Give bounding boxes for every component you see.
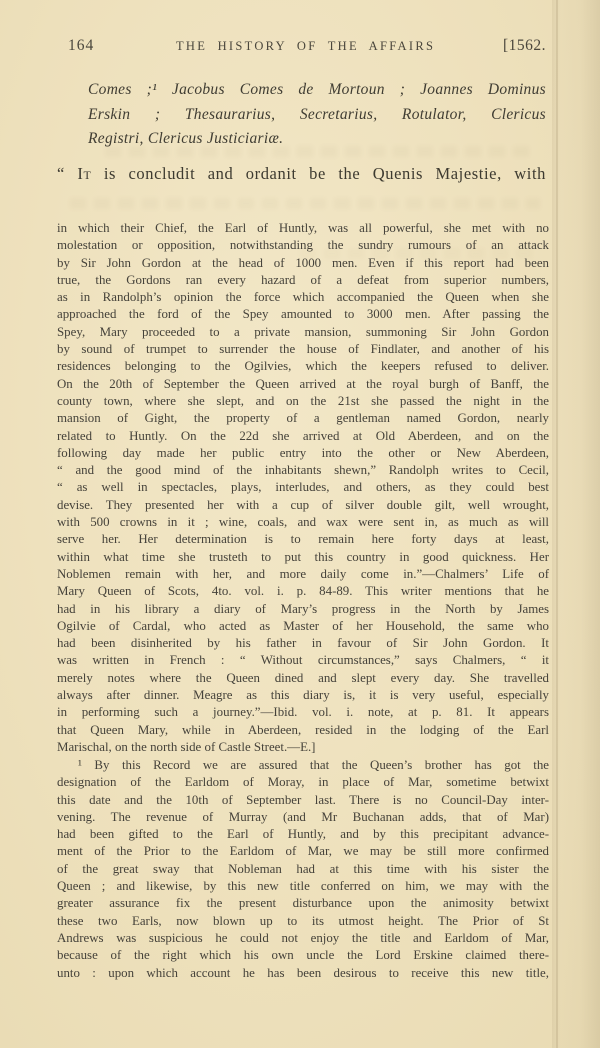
text-line: of the great sway that Nobleman had at t… — [57, 861, 549, 878]
text-line: unto : upon which account he has been de… — [57, 965, 549, 982]
ink-showthrough-smudge — [70, 198, 540, 209]
text-line: this date and the 10th of September last… — [57, 792, 549, 809]
text-line: On the 20th of September the Queen arriv… — [57, 376, 549, 393]
text-line: Ogilvie of Cardal, who acted as Master o… — [57, 618, 549, 635]
page-header: 164 THE HISTORY OF THE AFFAIRS [1562. — [57, 37, 546, 55]
text-line: ment of the Prior to the Earldom of Mar,… — [57, 843, 549, 860]
proclamation-rest: is concludit and ordanit be the Quenis M… — [104, 164, 546, 183]
text-line: following day made her public entry into… — [57, 445, 549, 462]
text-line: ¹ By this Record we are assured that the… — [57, 757, 549, 774]
text-line: “ and the good mind of the inhabitants s… — [57, 462, 549, 479]
text-line: always after dinner. Meagre as this diar… — [57, 687, 549, 704]
text-line: merely notes where the Queen dined and s… — [57, 670, 549, 687]
text-line: Mary Queen of Scots, 4to. vol. i. p. 84-… — [57, 583, 549, 600]
text-line: by sound of trumpet to surrender the hou… — [57, 341, 549, 358]
text-line: “ as well in spectacles, plays, interlud… — [57, 479, 549, 496]
text-line: residences belonging to the Ogilvies, wh… — [57, 358, 549, 375]
text-line: had been gifted to the Earl of Huntly, a… — [57, 826, 549, 843]
text-line: Comes ;¹ Jacobus Comes de Mortoun ; Joan… — [88, 78, 546, 103]
text-line: with 500 crowns in it ; wine, coals, and… — [57, 514, 549, 531]
text-line: Marischal, on the north side of Castle S… — [57, 739, 549, 756]
text-line: Queen ; and likewise, by this new title … — [57, 878, 549, 895]
text-line: approached the ford of the Spey amounted… — [57, 306, 549, 323]
text-line: as in Randolph’s opinion the force which… — [57, 289, 549, 306]
text-line: that Queen Mary, while in Aberdeen, resi… — [57, 722, 549, 739]
proclamation-opening-line: “ It is concludit and ordanit be the Que… — [57, 163, 546, 184]
text-line: designation of the Earldom of Moray, in … — [57, 774, 549, 791]
text-line: related to Huntly. On the 22d she arrive… — [57, 428, 549, 445]
text-line: molestation or opposition, notwithstandi… — [57, 237, 549, 254]
text-line: county town, where she slept, and on the… — [57, 393, 549, 410]
footnote-paragraph: ¹ By this Record we are assured that the… — [57, 757, 549, 982]
text-line: by Sir John Gordon at the head of 1000 m… — [57, 255, 549, 272]
text-line: vening. The revenue of Murray (and Mr Bu… — [57, 809, 549, 826]
text-line: serve her. Her determination is to remai… — [57, 531, 549, 548]
text-line: because of the right which his own uncle… — [57, 947, 549, 964]
page-edge-shadow — [552, 0, 600, 1048]
proclamation-first-word: “ It — [57, 164, 91, 183]
text-line: devise. They presented her with a cup of… — [57, 497, 549, 514]
text-line: Registri, Clericus Justiciariæ. — [88, 127, 546, 152]
editorial-note-paragraph: in which their Chief, the Earl of Huntly… — [57, 220, 549, 756]
text-line: Andrews was suspicious he could not enjo… — [57, 930, 549, 947]
text-line: true, the Gordons ran every hazard of a … — [57, 272, 549, 289]
text-line: had in his library a diary of Mary’s pro… — [57, 601, 549, 618]
text-line: was written in French : “ Without circum… — [57, 652, 549, 669]
text-line: within what time she trusteth to put thi… — [57, 549, 549, 566]
text-line: in performing such a journey.”—Ibid. vol… — [57, 704, 549, 721]
text-line: Erskin ; Thesaurarius, Secretarius, Rotu… — [88, 103, 546, 128]
book-page-scan: 164 THE HISTORY OF THE AFFAIRS [1562. Co… — [0, 0, 600, 1048]
year-marker: [1562. — [503, 37, 546, 55]
text-line: Noblemen remain with her, and more daily… — [57, 566, 549, 583]
text-line: had been disinherited by his father in f… — [57, 635, 549, 652]
page-edge-seam — [556, 0, 558, 1048]
latin-officials-paragraph: Comes ;¹ Jacobus Comes de Mortoun ; Joan… — [88, 78, 546, 152]
text-line: in which their Chief, the Earl of Huntly… — [57, 220, 549, 237]
text-line: these two Earls, now blown up to its utm… — [57, 913, 549, 930]
page-number: 164 — [68, 37, 94, 55]
text-line: mansion of Gight, the property of a gent… — [57, 410, 549, 427]
running-title: THE HISTORY OF THE AFFAIRS — [176, 39, 435, 54]
text-line: Spey, Mary proceeded to a private mansio… — [57, 324, 549, 341]
text-line: greater assurance fix the present distur… — [57, 895, 549, 912]
